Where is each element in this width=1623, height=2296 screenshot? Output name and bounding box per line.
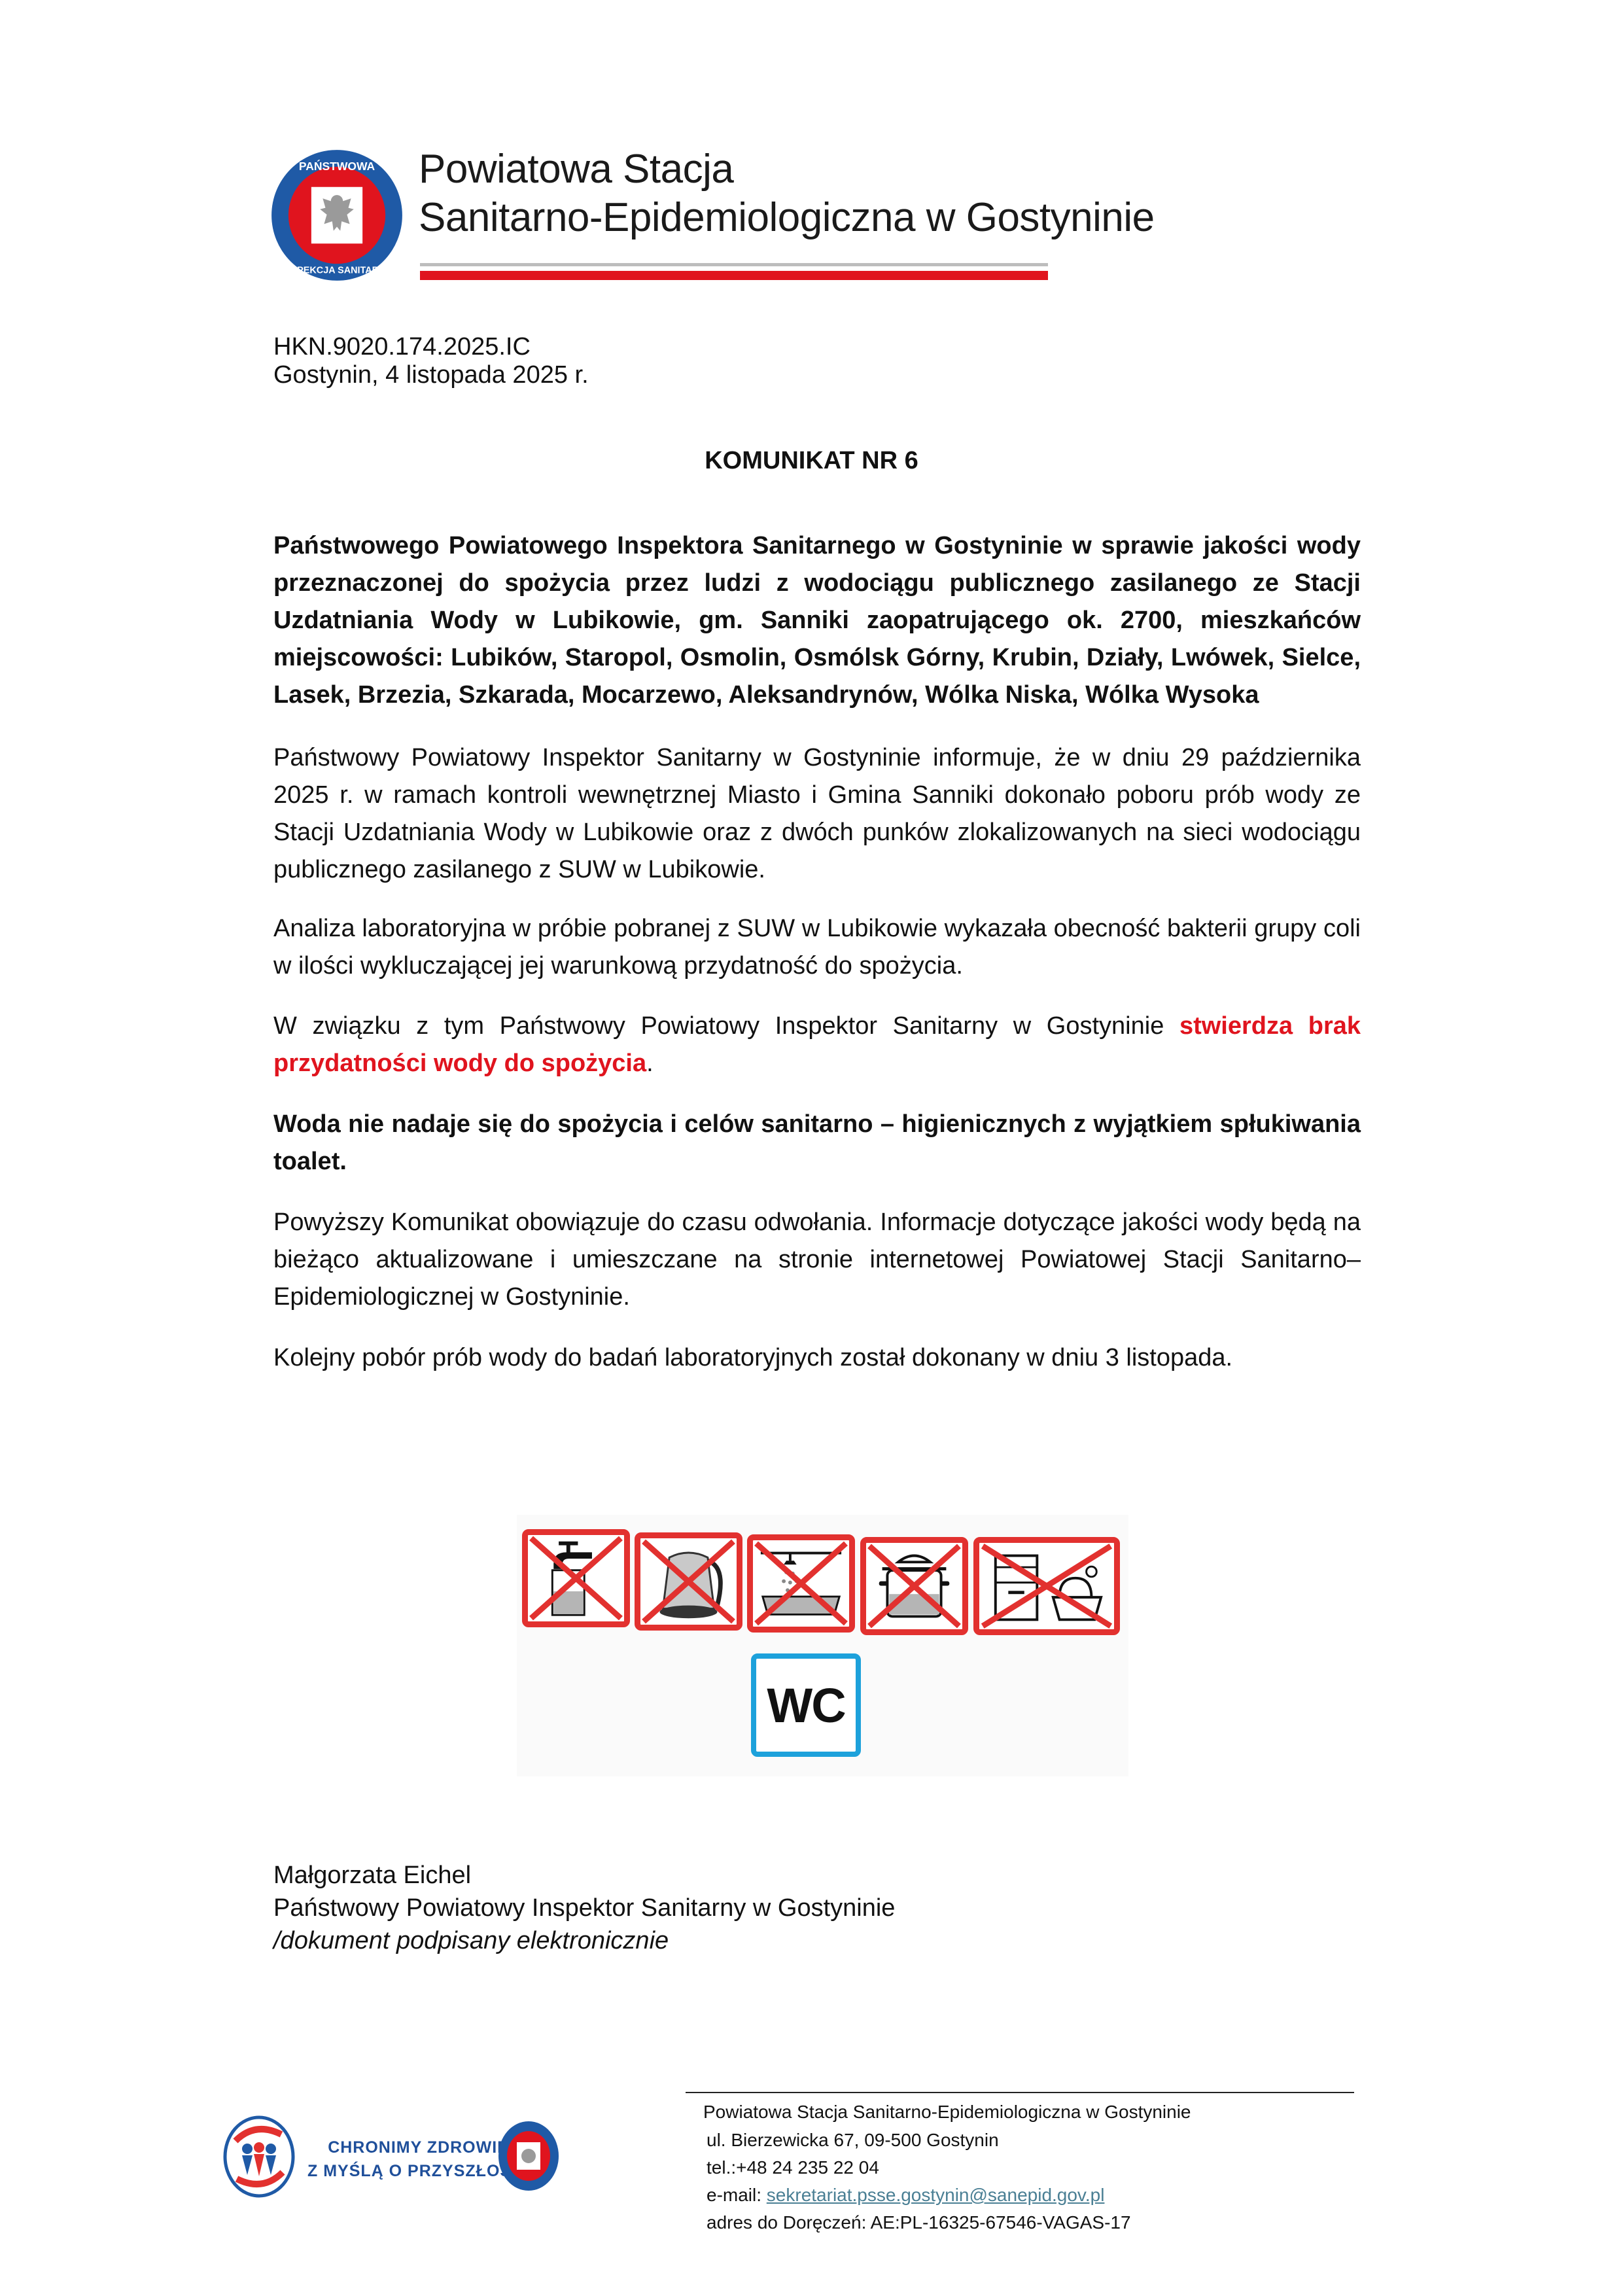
protecting-health-icon	[222, 2115, 296, 2199]
footer-email-label: e-mail:	[707, 2185, 767, 2205]
header-title-line2: Sanitarno-Epidemiologiczna w Gostyninie	[419, 194, 1155, 242]
no-dishwashing-icon	[973, 1537, 1120, 1635]
water-use-pictograms: WC	[517, 1515, 1128, 1776]
paragraph-warning: Woda nie nadaje się do spożycia i celów …	[273, 1106, 1361, 1180]
document-title: KOMUNIKAT NR 6	[0, 442, 1623, 480]
signature-note: /dokument podpisany elektronicznie	[273, 1922, 669, 1960]
no-kettle-boiling-icon	[635, 1532, 742, 1631]
footer-pis-logo	[497, 2120, 560, 2192]
header-title-line1: Powiatowa Stacja	[419, 145, 1155, 194]
decision-text: W związku z tym Państwowy Powiatowy Insp…	[273, 1012, 1179, 1040]
header-title: Powiatowa Stacja Sanitarno-Epidemiologic…	[419, 145, 1155, 242]
signature-name: Małgorzata Eichel	[273, 1857, 471, 1894]
footer-phone: tel.:+48 24 235 22 04	[707, 2155, 879, 2181]
footer-delivery-address: adres do Doręczeń: AE:PL-16325-67546-VAG…	[707, 2210, 1131, 2236]
no-cooking-pot-icon	[860, 1537, 968, 1635]
no-drinking-tap-water-icon	[522, 1529, 630, 1627]
svg-text:PAŃSTWOWA: PAŃSTWOWA	[299, 159, 375, 173]
svg-text:INSPEKCJA SANITARNA: INSPEKCJA SANITARNA	[281, 266, 393, 276]
footer-email: e-mail: sekretariat.psse.gostynin@sanepi…	[707, 2182, 1104, 2208]
paragraph-sampling: Państwowy Powiatowy Inspektor Sanitarny …	[273, 739, 1361, 889]
paragraph-validity: Powyższy Komunikat obowiązuje do czasu o…	[273, 1204, 1361, 1316]
paragraph-decision: W związku z tym Państwowy Powiatowy Insp…	[273, 1008, 1361, 1082]
pis-seal-logo: PAŃSTWOWA INSPEKCJA SANITARNA	[270, 148, 404, 283]
header-rule-grey	[420, 263, 1048, 266]
campaign-logo	[222, 2115, 296, 2199]
signature-role: Państwowy Powiatowy Inspektor Sanitarny …	[273, 1890, 895, 1927]
header-rule-red	[420, 271, 1048, 280]
pis-seal-icon: PAŃSTWOWA INSPEKCJA SANITARNA	[270, 148, 404, 283]
place-date: Gostynin, 4 listopada 2025 r.	[273, 357, 589, 394]
wc-icon: WC	[751, 1653, 861, 1757]
campaign-line1: CHRONIMY ZDROWIE	[307, 2136, 529, 2159]
footer-address: ul. Bierzewicka 67, 09-500 Gostynin	[707, 2127, 999, 2153]
no-bathing-shower-icon	[747, 1534, 855, 1633]
campaign-line2: Z MYŚLĄ O PRZYSZŁOŚCI	[307, 2159, 529, 2183]
footer-org: Powiatowa Stacja Sanitarno-Epidemiologic…	[703, 2099, 1191, 2125]
paragraph-next-sampling: Kolejny pobór prób wody do badań laborat…	[273, 1339, 1361, 1377]
footer-email-link[interactable]: sekretariat.psse.gostynin@sanepid.gov.pl	[767, 2185, 1105, 2205]
intro-paragraph: Państwowego Powiatowego Inspektora Sanit…	[273, 527, 1361, 714]
campaign-slogan: CHRONIMY ZDROWIE Z MYŚLĄ O PRZYSZŁOŚCI	[307, 2136, 529, 2183]
decision-end: .	[646, 1050, 654, 1077]
footer-rule	[686, 2092, 1354, 2093]
paragraph-analysis: Analiza laboratoryjna w próbie pobranej …	[273, 910, 1361, 985]
pis-seal-icon	[497, 2120, 560, 2192]
